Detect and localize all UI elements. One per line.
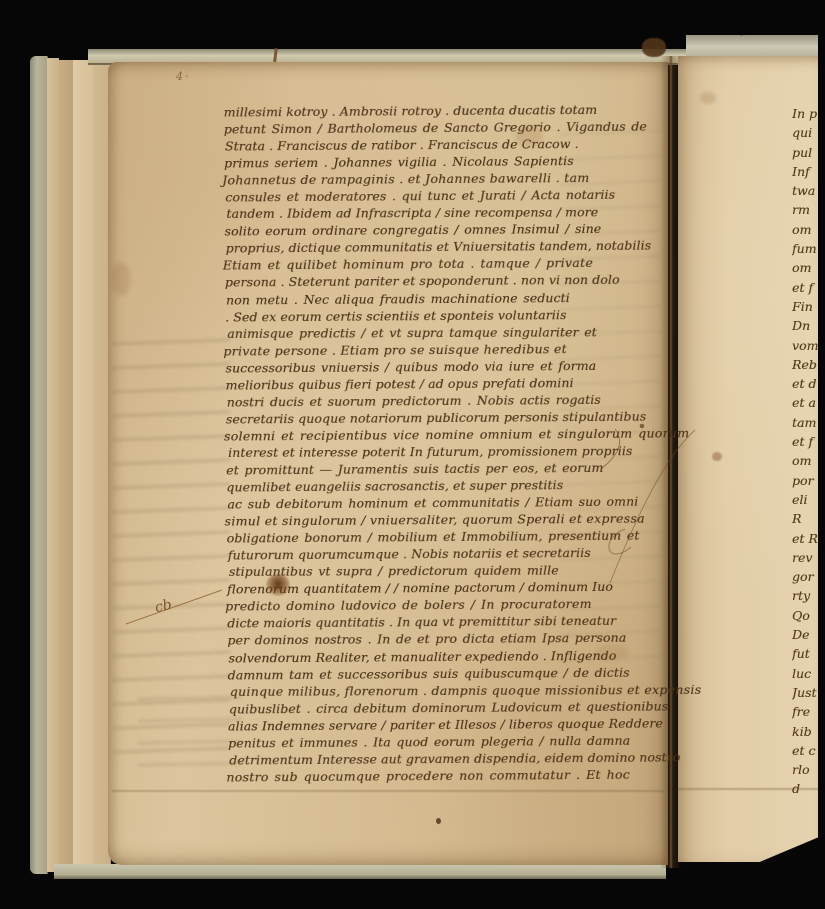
- book-cover-edge: [30, 56, 48, 874]
- manuscript-text-line: nostro sub quocumque procedere non commu…: [226, 765, 667, 785]
- foxing-stain: [515, 126, 543, 146]
- facing-text-fragment: kib: [792, 722, 825, 741]
- foxing-stain: [596, 644, 628, 660]
- page-edge-strip: [59, 60, 74, 871]
- facing-text-fragment: twa: [792, 181, 825, 200]
- foxing-stain: [700, 92, 716, 104]
- facing-text-fragment: pul: [792, 143, 825, 162]
- page-crease: [112, 790, 664, 792]
- facing-text-fragment: Reb: [792, 355, 825, 374]
- margin-mark-text: cb: [154, 597, 174, 616]
- manuscript-text-line: . Sed ex eorum certis scientiis et spont…: [225, 305, 666, 325]
- facing-text-fragment: De: [792, 625, 825, 644]
- facing-text-fragment: qui: [792, 123, 825, 142]
- binding-fragment: [642, 38, 666, 57]
- facing-text-fragment: rty: [792, 586, 825, 605]
- facing-text-fragment: et f: [792, 432, 825, 451]
- book-head-edge-right: [686, 35, 818, 58]
- book-tail-edge: [54, 864, 666, 879]
- facing-text-fragment: gor: [792, 567, 825, 586]
- facing-text-fragment: por: [792, 471, 825, 490]
- pen-flourish: [595, 415, 705, 595]
- photo-corner-shadow: [740, 0, 825, 40]
- margin-annotation: cb: [118, 578, 238, 638]
- foxing-stain: [112, 262, 130, 296]
- facing-text-fragment: om: [792, 258, 825, 277]
- facing-text-fragment: luc: [792, 664, 825, 683]
- page-edge-strip: [47, 58, 59, 872]
- facing-text-fragment: et d: [792, 374, 825, 393]
- ink-blot: [266, 574, 290, 596]
- facing-text-fragment: et a: [792, 393, 825, 412]
- facing-text-fragment: fre: [792, 702, 825, 721]
- facing-text-fragment: rlo: [792, 760, 825, 779]
- facing-text-fragment: tam: [792, 413, 825, 432]
- facing-text-fragment: R: [792, 509, 825, 528]
- facing-text-fragment: fut: [792, 644, 825, 663]
- facing-text-fragment: In p: [792, 104, 825, 123]
- ink-dot: [640, 424, 645, 429]
- facing-text-fragment: Inf: [792, 162, 825, 181]
- facing-text-fragment: Dn: [792, 316, 825, 335]
- facing-text-fragment: vom: [792, 336, 825, 355]
- facing-text-fragment: et c: [792, 741, 825, 760]
- folio-number: 4·: [176, 70, 191, 83]
- facing-text-fragment: om: [792, 220, 825, 239]
- facing-text-fragment: eli: [792, 490, 825, 509]
- facing-text-fragment: d: [792, 779, 825, 798]
- facing-page-text-fragments: In pquipulInftwarmomfumomet fFinDnvomReb…: [792, 104, 825, 804]
- showthrough-texture: [138, 686, 242, 778]
- facing-text-fragment: om: [792, 451, 825, 470]
- facing-text-fragment: rev: [792, 548, 825, 567]
- facing-text-fragment: et f: [792, 278, 825, 297]
- page-edge-strip: [73, 60, 93, 870]
- facing-text-fragment: Qo: [792, 606, 825, 625]
- facing-text-fragment: fum: [792, 239, 825, 258]
- ink-speck: [436, 818, 441, 824]
- facing-text-fragment: Fin: [792, 297, 825, 316]
- facing-text-fragment: et R: [792, 529, 825, 548]
- facing-text-fragment: rm: [792, 200, 825, 219]
- manuscript-text-line: damnum tam et successoribus suis quibusc…: [228, 663, 669, 683]
- manuscript-photo: 4· millesimi kotroy . Ambrosii rotroy . …: [0, 0, 825, 909]
- foxing-stain: [712, 452, 722, 461]
- facing-text-fragment: Just: [792, 683, 825, 702]
